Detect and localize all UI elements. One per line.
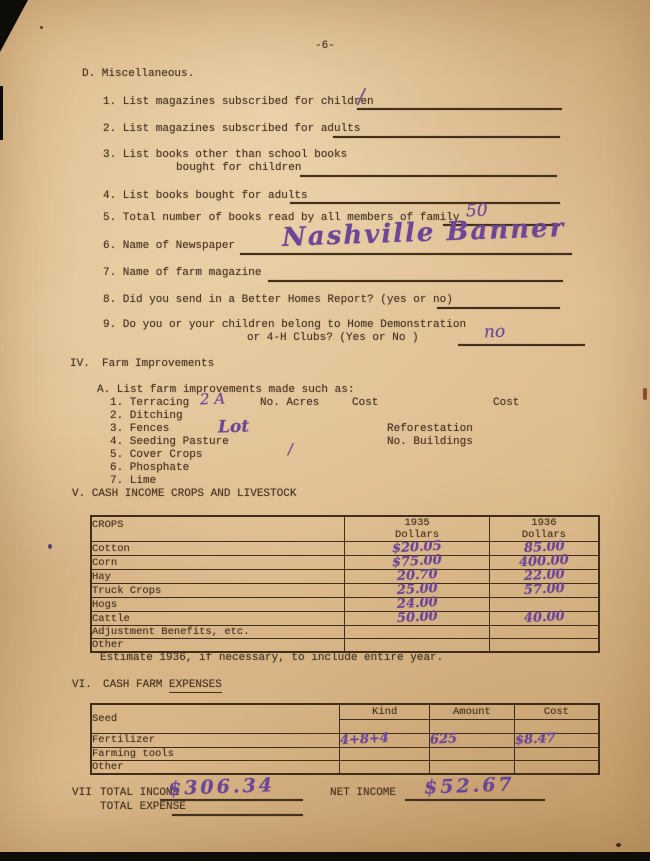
improvement-item-seeding-pasture: 4. Seeding Pasture [110,436,229,449]
expense-row-label: Farming tools [91,747,340,760]
crop-value-cell: 57.00 [489,584,599,598]
expense-value-cell: 4+8+4 [340,733,430,747]
question-4-label: 4. List books bought for adults [103,190,308,203]
question-6-label: 6. Name of Newspaper [103,240,235,253]
expense-value-cell: $8.47 [514,733,599,747]
section-heading-farm-improvements: Farm Improvements [102,358,214,371]
expense-value-cell [514,760,599,774]
expense-value-cell [430,747,515,760]
handwritten-expense-kind: 4+8+4 [340,732,389,747]
question-9-label-line2: or 4-H Clubs? (Yes or No ) [247,332,419,345]
section-heading-cash-income: V. CASH INCOME CROPS AND LIVESTOCK [72,488,296,501]
question-1-label: 1. List magazines subscribed for childre… [103,96,374,109]
crop-row-label: Other [91,639,345,653]
crop-value-cell: 50.00 [345,612,489,626]
crop-row-label: Cattle [91,612,345,626]
handwritten-crop-value: 40.00 [523,611,564,625]
answer-line-q4 [290,202,560,204]
section-heading-cash-farm-expenses: CASH FARM EXPENSES [103,679,222,692]
expense-value-cell [340,760,430,774]
improvement-item-ditching: 2. Ditching [110,410,183,423]
handwritten-fences-value: Lot [218,416,250,437]
crop-row-label: Cotton [91,542,345,556]
expenses-col-amount: Amount [430,704,515,719]
answer-line-q3 [300,175,557,177]
expense-value-cell: 625 [430,733,515,747]
expense-value-cell [514,747,599,760]
handwritten-crop-value: 50.00 [396,611,437,625]
label-reforestation: Reforestation [387,423,473,436]
handwritten-answer-q9: no [484,322,506,343]
crop-row-label: Hogs [91,598,345,612]
crop-row-label: Adjustment Benefits, etc. [91,626,345,639]
answer-line-q2 [333,136,560,138]
question-9-label-line1: 9. Do you or your children belong to Hom… [103,319,466,332]
expenses-heading-underlined: EXPENSES [169,679,222,693]
crop-value-cell [345,639,489,653]
answer-line-q6 [240,253,572,255]
col-label-no-acres: No. Acres [260,397,319,410]
answer-line-q9 [458,344,585,346]
year-1936-label: 1936 [531,517,556,529]
section-number-iv: IV. [70,358,90,371]
year-1935-label: 1935 [405,517,430,529]
question-7-label: 7. Name of farm magazine [103,267,261,280]
question-3-label-line1: 3. List books other than school books [103,149,347,162]
scan-speck [40,26,43,29]
expense-value-cell [514,719,599,733]
crop-value-cell [489,626,599,639]
answer-line-q7 [268,280,563,282]
handwritten-total-income: $306.34 [168,774,276,800]
col-label-cost-1: Cost [352,397,378,410]
handwritten-expense-amount: 625 [430,733,458,746]
col-label-cost-2: Cost [493,397,519,410]
answer-line-q8 [437,307,560,309]
crop-row-label: Truck Crops [91,584,345,598]
expenses-table: Seed Kind Amount Cost Fertilizer 4+8+4 6… [90,703,600,775]
crops-year2-header: 1936Dollars [489,516,599,542]
crop-value-cell [489,639,599,653]
expense-row-label: Fertilizer [91,733,340,747]
handwritten-expense-cost: $8.47 [514,732,555,746]
section-number-vii: VII [72,787,92,800]
handwritten-net-income: $52.67 [424,773,515,798]
crop-value-cell: 40.00 [489,612,599,626]
scanned-form-page: -6- D. Miscellaneous. 1. List magazines … [0,0,650,861]
answer-line-q1 [357,108,562,110]
expense-value-cell [430,719,515,733]
improvement-item-terracing: 1. Terracing [110,397,189,410]
crops-year1-header: 1935Dollars [345,516,489,542]
net-income-line [405,799,545,801]
total-expense-label: TOTAL EXPENSE [100,801,186,814]
scan-speck [48,544,52,549]
crop-row-label: Hay [91,570,345,584]
expense-value-cell [340,747,430,760]
crops-col-header: CROPS [91,516,345,542]
crops-footnote: Estimate 1936, if necessary, to include … [100,652,443,665]
question-8-label: 8. Did you send in a Better Homes Report… [103,294,453,307]
improvement-item-cover-crops: 5. Cover Crops [110,449,202,462]
section-number-vi: VI. [72,679,92,692]
expenses-heading-text: CASH FARM [103,679,162,691]
question-2-label: 2. List magazines subscribed for adults [103,123,360,136]
handwritten-crop-value: 57.00 [523,583,564,597]
expense-row-label: Other [91,760,340,774]
net-income-label: NET INCOME [330,787,396,800]
improvement-item-lime: 7. Lime [110,475,156,488]
improvement-item-fences: 3. Fences [110,423,169,436]
scan-speck [616,843,621,847]
improvement-item-phosphate: 6. Phosphate [110,462,189,475]
expense-row-label: Seed [91,704,340,733]
section-heading-miscellaneous: D. Miscellaneous. [82,68,194,81]
page-number: -6- [315,40,335,53]
crops-table: CROPS 1935Dollars 1936Dollars Cotton$20.… [90,515,600,653]
handwritten-cover-crops-value: / [288,440,294,458]
scan-edge-artifact [0,86,3,140]
crop-value-cell [345,626,489,639]
total-expense-line [172,814,303,816]
scan-speck [643,388,647,400]
improvements-subheading: A. List farm improvements made such as: [97,384,354,397]
expenses-col-cost: Cost [514,704,599,719]
crop-row-label: Corn [91,556,345,570]
handwritten-terracing-value: 2 A [200,390,226,409]
label-no-buildings: No. Buildings [387,436,473,449]
expenses-col-kind: Kind [340,704,430,719]
expense-value-cell [430,760,515,774]
handwritten-answer-q1: / [358,84,366,108]
question-3-label-line2: bought for children [176,162,301,175]
